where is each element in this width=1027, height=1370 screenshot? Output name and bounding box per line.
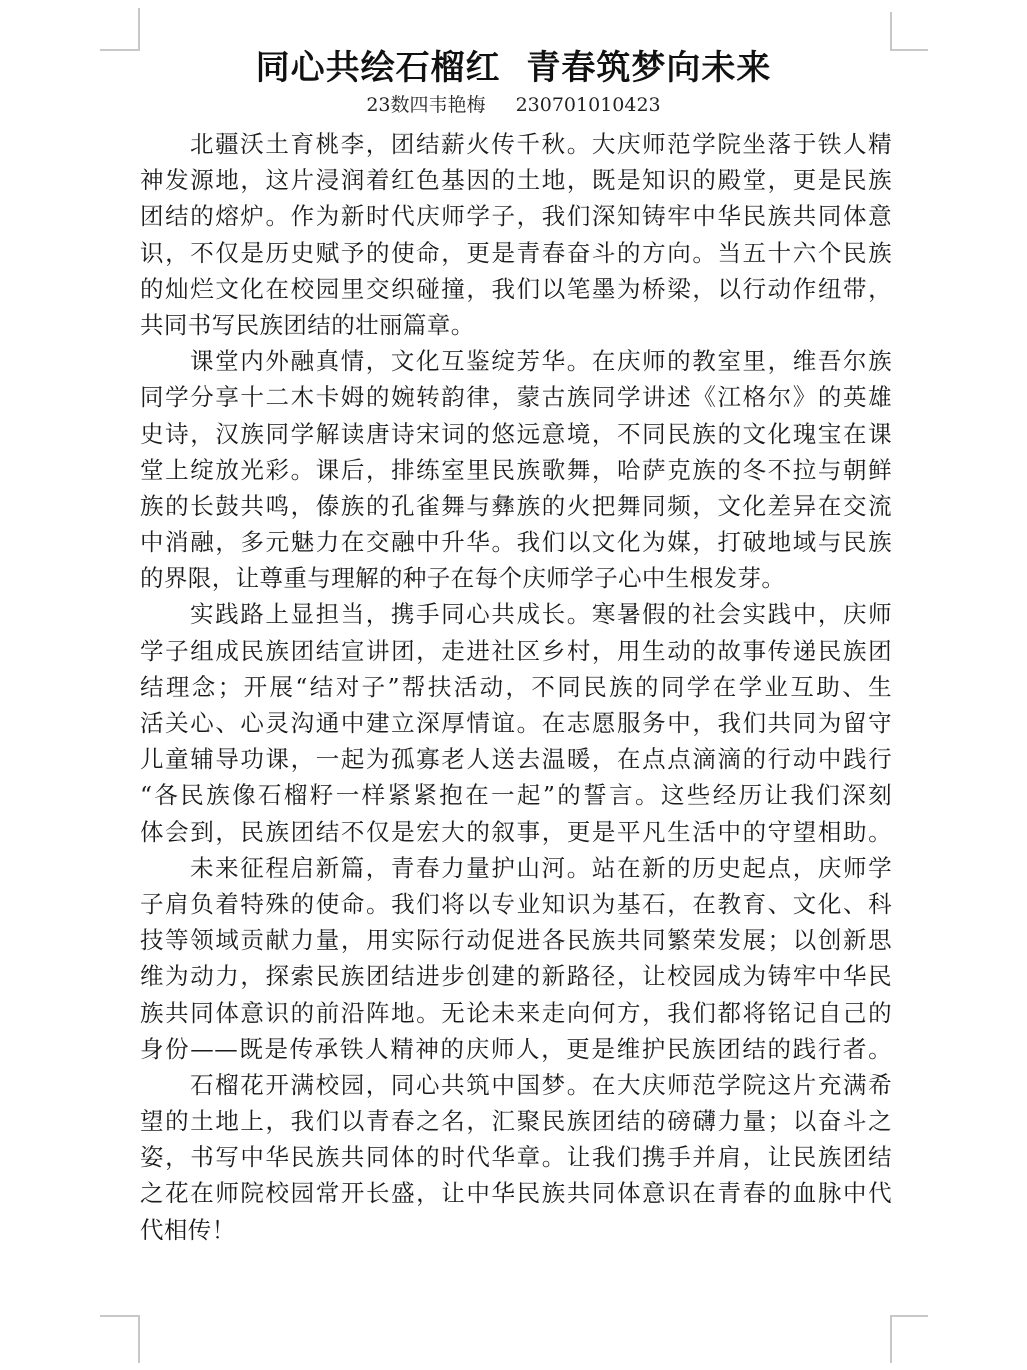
- text-line: 实践路上显担当，携手同心共成长。寒暑假的社会实践中，庆师: [140, 596, 892, 632]
- text-line: 识，不仅是历史赋予的使命，更是青春奋斗的方向。当五十六个民族: [140, 235, 892, 271]
- text-line: 课堂内外融真情，文化互鉴绽芳华。在庆师的教室里，维吾尔族: [140, 343, 892, 379]
- text-line: 北疆沃土育桃李，团结薪火传千秋。大庆师范学院坐落于铁人精: [140, 126, 892, 162]
- text-line: 活关心、心灵沟通中建立深厚情谊。在志愿服务中，我们共同为留守: [140, 705, 892, 741]
- text-line: 共同书写民族团结的壮丽篇章。: [140, 307, 892, 343]
- text-line: 史诗，汉族同学解读唐诗宋词的悠远意境，不同民族的文化瑰宝在课: [140, 416, 892, 452]
- crop-mark-bottom-right-horizontal: [890, 1315, 928, 1317]
- paragraph-2: 课堂内外融真情，文化互鉴绽芳华。在庆师的教室里，维吾尔族 同学分享十二木卡姆的婉…: [140, 343, 892, 596]
- text-line: 结理念；开展“结对子”帮扶活动，不同民族的同学在学业互助、生: [140, 669, 892, 705]
- text-line: 学子组成民族团结宣讲团，走进社区乡村，用生动的故事传递民族团: [140, 633, 892, 669]
- document-body: 北疆沃土育桃李，团结薪火传千秋。大庆师范学院坐落于铁人精 神发源地，这片浸润着红…: [140, 126, 892, 1248]
- text-line: 的界限，让尊重与理解的种子在每个庆师学子心中生根发芽。: [140, 560, 892, 596]
- text-line: 姿，书写中华民族共同体的时代华章。让我们携手并肩，让民族团结: [140, 1139, 892, 1175]
- paragraph-4: 未来征程启新篇，青春力量护山河。站在新的历史起点，庆师学 子肩负着特殊的使命。我…: [140, 850, 892, 1067]
- text-line: 身份——既是传承铁人精神的庆师人，更是维护民族团结的践行者。: [140, 1031, 892, 1067]
- text-line: 之花在师院校园常开长盛，让中华民族共同体意识在青春的血脉中代: [140, 1175, 892, 1211]
- crop-mark-bottom-right-vertical: [890, 1315, 892, 1363]
- text-line: 技等领域贡献力量，用实际行动促进各民族共同繁荣发展；以创新思: [140, 922, 892, 958]
- text-line: “各民族像石榴籽一样紧紧抱在一起”的誓言。这些经历让我们深刻: [140, 777, 892, 813]
- text-line: 族共同体意识的前沿阵地。无论未来走向何方，我们都将铭记自己的: [140, 995, 892, 1031]
- paragraph-5: 石榴花开满校园，同心共筑中国梦。在大庆师范学院这片充满希 望的土地上，我们以青春…: [140, 1067, 892, 1248]
- text-line: 石榴花开满校园，同心共筑中国梦。在大庆师范学院这片充满希: [140, 1067, 892, 1103]
- text-line: 的灿烂文化在校园里交织碰撞，我们以笔墨为桥梁，以行动作纽带，: [140, 271, 892, 307]
- text-line: 望的土地上，我们以青春之名，汇聚民族团结的磅礴力量；以奋斗之: [140, 1103, 892, 1139]
- crop-mark-top-left-vertical: [138, 8, 140, 51]
- text-line: 神发源地，这片浸润着红色基因的土地，既是知识的殿堂，更是民族: [140, 162, 892, 198]
- author-student-id: 230701010423: [516, 94, 661, 116]
- text-line: 同学分享十二木卡姆的婉转韵律，蒙古族同学讲述《江格尔》的英雄: [140, 379, 892, 415]
- author-line: 23数四韦艳梅 230701010423: [0, 92, 1027, 118]
- text-line: 族的长鼓共鸣，傣族的孔雀舞与彝族的火把舞同频，文化差异在交流: [140, 488, 892, 524]
- crop-mark-bottom-left-vertical: [138, 1315, 140, 1363]
- paragraph-3: 实践路上显担当，携手同心共成长。寒暑假的社会实践中，庆师 学子组成民族团结宣讲团…: [140, 596, 892, 849]
- text-line: 维为动力，探索民族团结进步创建的新路径，让校园成为铸牢中华民: [140, 958, 892, 994]
- text-line: 子肩负着特殊的使命。我们将以专业知识为基石，在教育、文化、科: [140, 886, 892, 922]
- text-line: 未来征程启新篇，青春力量护山河。站在新的历史起点，庆师学: [140, 850, 892, 886]
- text-line: 堂上绽放光彩。课后，排练室里民族歌舞，哈萨克族的冬不拉与朝鲜: [140, 452, 892, 488]
- crop-mark-bottom-left-horizontal: [100, 1315, 140, 1317]
- text-line: 儿童辅导功课，一起为孤寡老人送去温暖，在点点滴滴的行动中践行: [140, 741, 892, 777]
- text-line: 代相传！: [140, 1212, 892, 1248]
- author-class-name: 23数四韦艳梅: [366, 94, 485, 116]
- document-title: 同心共绘石榴红 青春筑梦向未来: [0, 46, 1027, 90]
- text-line: 团结的熔炉。作为新时代庆师学子，我们深知铸牢中华民族共同体意: [140, 198, 892, 234]
- text-line: 中消融，多元魅力在交融中升华。我们以文化为媒，打破地域与民族: [140, 524, 892, 560]
- paragraph-1: 北疆沃土育桃李，团结薪火传千秋。大庆师范学院坐落于铁人精 神发源地，这片浸润着红…: [140, 126, 892, 343]
- text-line: 体会到，民族团结不仅是宏大的叙事，更是平凡生活中的守望相助。: [140, 814, 892, 850]
